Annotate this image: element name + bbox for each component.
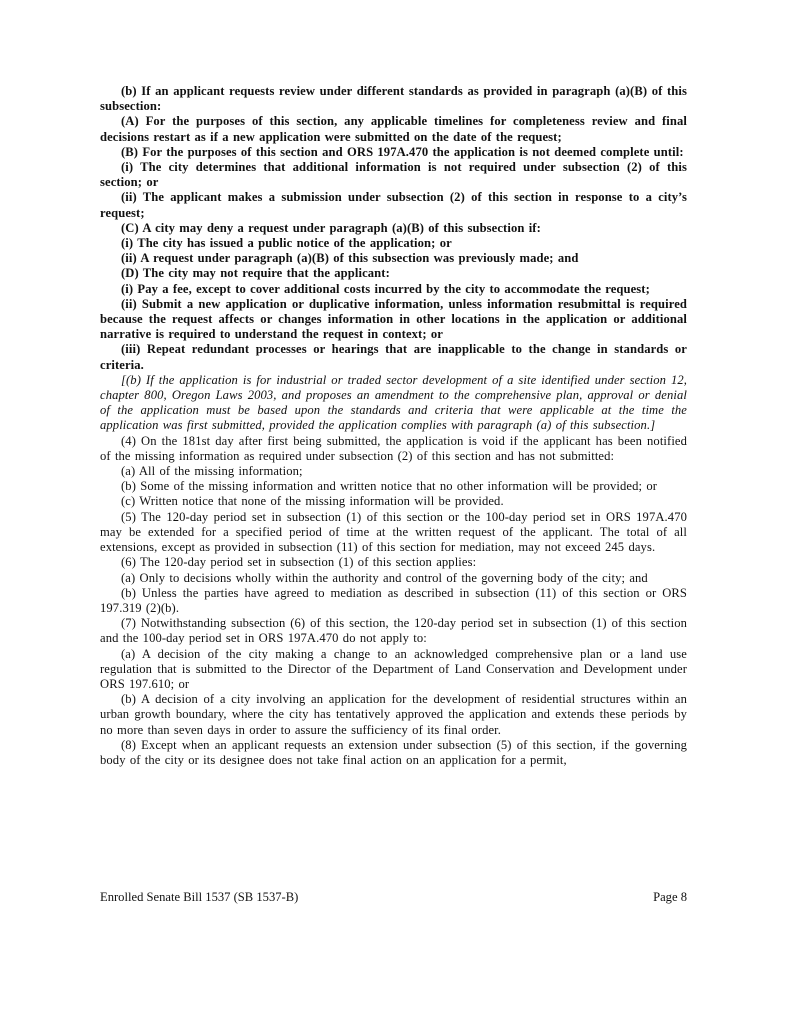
bill-paragraph: (B) For the purposes of this section and… xyxy=(100,145,687,160)
bill-paragraph: (i) Pay a fee, except to cover additiona… xyxy=(100,282,687,297)
page-footer: Enrolled Senate Bill 1537 (SB 1537-B) Pa… xyxy=(100,890,687,905)
bill-paragraph: (b) Unless the parties have agreed to me… xyxy=(100,586,687,616)
bill-paragraph: (b) If an applicant requests review unde… xyxy=(100,84,687,114)
footer-page-number: Page 8 xyxy=(653,890,687,905)
bill-paragraph: (5) The 120-day period set in subsection… xyxy=(100,510,687,556)
bill-paragraph: (c) Written notice that none of the miss… xyxy=(100,494,687,509)
bill-text-block: (b) If an applicant requests review unde… xyxy=(100,84,687,768)
bill-paragraph: (4) On the 181st day after first being s… xyxy=(100,434,687,464)
bill-paragraph: (i) The city has issued a public notice … xyxy=(100,236,687,251)
bill-paragraph: (b) Some of the missing information and … xyxy=(100,479,687,494)
bill-paragraph: (a) All of the missing information; xyxy=(100,464,687,479)
bill-paragraph: (a) Only to decisions wholly within the … xyxy=(100,571,687,586)
bill-paragraph: (ii) The applicant makes a submission un… xyxy=(100,190,687,220)
bill-paragraph: (ii) Submit a new application or duplica… xyxy=(100,297,687,343)
bill-paragraph: (b) A decision of a city involving an ap… xyxy=(100,692,687,738)
bill-paragraph: (D) The city may not require that the ap… xyxy=(100,266,687,281)
bill-paragraph: (ii) A request under paragraph (a)(B) of… xyxy=(100,251,687,266)
bill-paragraph: (iii) Repeat redundant processes or hear… xyxy=(100,342,687,372)
bill-paragraph: (i) The city determines that additional … xyxy=(100,160,687,190)
bill-paragraph: (A) For the purposes of this section, an… xyxy=(100,114,687,144)
document-page: (b) If an applicant requests review unde… xyxy=(0,0,800,1035)
bill-paragraph: (7) Notwithstanding subsection (6) of th… xyxy=(100,616,687,646)
footer-bill-title: Enrolled Senate Bill 1537 (SB 1537-B) xyxy=(100,890,298,905)
bill-paragraph: (C) A city may deny a request under para… xyxy=(100,221,687,236)
bill-paragraph: (6) The 120-day period set in subsection… xyxy=(100,555,687,570)
bill-paragraph: (a) A decision of the city making a chan… xyxy=(100,647,687,693)
bill-paragraph: [(b) If the application is for industria… xyxy=(100,373,687,434)
bill-paragraph: (8) Except when an applicant requests an… xyxy=(100,738,687,768)
